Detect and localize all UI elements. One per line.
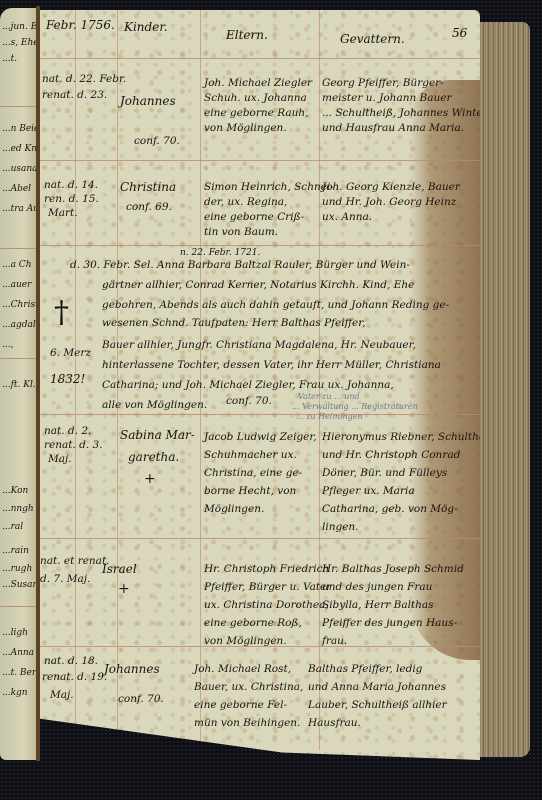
parents-line: Möglingen.: [204, 502, 264, 517]
left-margin-text: ...kgn: [2, 688, 28, 699]
entry-date: nat. d. 2.: [44, 424, 91, 439]
parents-line: der, ux. Regina,: [204, 195, 287, 210]
left-margin-text: ...,: [2, 340, 13, 351]
row-divider: [40, 646, 480, 647]
child-name: Johannes: [104, 662, 160, 677]
left-margin-text: ...Abel: [2, 184, 31, 195]
parents-line: von Möglingen.: [204, 121, 287, 136]
left-margin-text: ...rain: [2, 546, 29, 557]
header-date: Febr. 1756.: [46, 18, 115, 33]
entry-date: Maj.: [50, 688, 74, 703]
godparents-line: Pfleger ux. Maria: [322, 484, 415, 499]
death-record-line: hinterlassene Tochter, dessen Vater, ihr…: [102, 358, 441, 373]
entry-date: renat. d. 23.: [42, 88, 107, 103]
left-margin-text: ...n Beiel: [2, 124, 40, 135]
child-name: Christina: [120, 180, 176, 195]
parents-line: eine geborne Criß-: [204, 210, 304, 225]
page-edges: [480, 22, 530, 757]
death-record-line: Bauer allhier, Jungfr. Christiana Magdal…: [102, 338, 416, 353]
godparents-line: Lauber, Schultheiß allhier: [308, 698, 447, 713]
godparents-line: Hr. Balthas Joseph Schmid: [322, 562, 464, 577]
parents-line: Hr. Christoph Friedrich: [204, 562, 329, 577]
page-number: 56: [452, 26, 467, 41]
header-parents: Eltern.: [226, 28, 268, 43]
left-margin-text: ...Kon: [2, 486, 28, 497]
godparents-line: ux. Anna.: [322, 210, 372, 225]
godparents-line: Hausfrau.: [308, 716, 361, 731]
death-record-line: Catharina; und Joh. Michael Ziegler, Fra…: [102, 378, 394, 393]
parents-line: Joh. Michael Rost,: [194, 662, 291, 677]
entry-date: nat. et renat.: [40, 554, 110, 569]
parents-line: mün von Beihingen.: [194, 716, 300, 731]
godparents-line: Sibylla, Herr Balthas: [322, 598, 434, 613]
entry-date: renat. d. 3.: [44, 438, 103, 453]
godparents-line: und Hr. Christoph Conrad: [322, 448, 460, 463]
divider: [0, 248, 40, 249]
divider: [0, 606, 40, 607]
left-margin-text: ...Susan: [2, 580, 38, 591]
left-margin-text: ...a Ch: [2, 260, 32, 271]
left-margin-text: ...ft. Kl.: [2, 380, 36, 391]
child-name: Israel: [102, 562, 137, 577]
godparents-line: und Hr. Joh. Georg Heinz: [322, 195, 456, 210]
parents-line: Pfeiffer, Bürger u. Vater: [204, 580, 331, 595]
entry-date: nat. d. 22. Febr.: [42, 72, 126, 87]
death-record-line: alle von Möglingen.: [102, 398, 207, 413]
left-margin-text: ...tra Aue: [2, 204, 40, 215]
left-margin-text: ...ed Knecht: [2, 144, 40, 155]
death-date: 6. Merz: [50, 346, 91, 361]
parents-line: eine geborne Fel-: [194, 698, 287, 713]
parents-line: Simon Heinrich, Schnei-: [204, 180, 334, 195]
death-record-line: wesenen Schnd. Taufpaten: Herr Balthas P…: [102, 316, 365, 331]
entry-date: nat. d. 18.: [44, 654, 98, 669]
left-margin-text: ...Anna: [2, 648, 34, 659]
left-margin-text: ...s, Ehe: [2, 38, 39, 49]
godparents-line: meister u. Johann Bauer: [322, 91, 452, 106]
godparents-line: und Anna Maria Johannes: [308, 680, 446, 695]
godparents-line: Balthas Pfeiffer, ledig: [308, 662, 422, 677]
parents-line: Joh. Michael Ziegler: [204, 76, 312, 91]
child-name-cont: garetha.: [128, 450, 179, 465]
godparents-line: und Hausfrau Anna Maria.: [322, 121, 464, 136]
godparents-line: ... Schultheiß, Johannes Winter: [322, 106, 488, 121]
left-margin-text: ...t.: [2, 54, 17, 65]
left-margin-text: ...nngh: [2, 504, 34, 515]
left-margin-text: ...agdal.: [2, 320, 39, 331]
register-page: Febr. 1756. Kinder. Eltern. Gevattern. 5…: [40, 10, 480, 760]
godparents-line: Catharina, geb. von Mög-: [322, 502, 458, 517]
left-margin-text: ...ral: [2, 522, 23, 533]
entry-date: Mart.: [48, 206, 78, 221]
death-year: 1832!: [50, 372, 85, 387]
godparents-line: und des jungen Frau: [322, 580, 432, 595]
row-divider: [40, 160, 480, 161]
row-divider: [40, 538, 480, 539]
pencil-note: ... Verwaltung ... Registraturen: [292, 402, 418, 412]
godparents-line: Joh. Georg Kienzle, Bauer: [322, 180, 460, 195]
left-margin-text: ...Christof: [2, 300, 40, 311]
death-record-line: d. 30. Febr. Sel. Anna Barbara Baltzal R…: [70, 258, 410, 273]
left-margin-text: ...jun. Ege: [2, 22, 40, 33]
parents-line: eine geborne Rauh,: [204, 106, 308, 121]
left-margin-text: ...auer: [2, 280, 31, 291]
left-margin-text: ...usana: [2, 164, 38, 175]
parents-line: tin von Baum.: [204, 225, 278, 240]
parents-line: Christina, eine ge-: [204, 466, 302, 481]
parents-line: Jacob Ludwig Zeiger,: [204, 430, 317, 445]
conf-note: conf. 69.: [126, 200, 172, 215]
godparents-line: Hieronymus Riebner, Schultheiß,: [322, 430, 499, 445]
conf-note: conf. 70.: [118, 692, 164, 707]
left-margin-text: ...t. Berg: [2, 668, 40, 679]
divider: [0, 358, 40, 359]
parents-line: Bauer, ux. Christina,: [194, 680, 303, 695]
parents-line: eine geborne Roß,: [204, 616, 302, 631]
left-page-edge: ...jun. Ege ...s, Ehe ...t. ...n Beiel .…: [0, 8, 40, 760]
child-name: Sabina Mar-: [120, 428, 195, 443]
conf-note: conf. 70.: [226, 394, 272, 409]
entry-date: renat. d. 19.: [42, 670, 107, 685]
parents-line: ux. Christina Dorothea,: [204, 598, 329, 613]
deceased-cross-icon: +: [144, 472, 156, 486]
entry-date: Maj.: [48, 452, 72, 467]
entry-date: nat. d. 14.: [44, 178, 98, 193]
left-margin-text: ...ligh: [2, 628, 28, 639]
row-divider: [40, 414, 480, 415]
godparents-line: lingen.: [322, 520, 359, 535]
deceased-cross-icon: +: [118, 582, 130, 596]
child-name: Johannes: [120, 94, 176, 109]
header-child: Kinder.: [124, 20, 168, 35]
row-divider: [40, 58, 480, 59]
parents-line: Schuhmacher ux.: [204, 448, 297, 463]
conf-note: conf. 70.: [134, 134, 180, 149]
death-record-line: gebohren, Abends als auch dahin getauft,…: [102, 298, 449, 313]
entry-date: d. 7. Maj.: [40, 572, 90, 587]
pencil-note: Vater zu ... und: [298, 392, 360, 402]
godparents-line: Georg Pfeiffer, Bürger-: [322, 76, 444, 91]
left-margin-text: ...rugh: [2, 564, 32, 575]
godparents-line: Pfeiffer des jungen Haus-: [322, 616, 457, 631]
parents-line: borne Hecht, von: [204, 484, 296, 499]
death-cross-icon: †: [54, 298, 69, 328]
book-gutter: [36, 6, 40, 761]
divider: [0, 106, 40, 107]
godparents-line: Döner, Bür. und Fülleys: [322, 466, 447, 481]
death-record-line: gärtner allhier, Conrad Kerner, Notarius…: [102, 278, 414, 293]
entry-date: ren. d. 15.: [44, 192, 99, 207]
parents-line: Schuh. ux. Johanna: [204, 91, 307, 106]
header-godparents: Gevattern.: [340, 32, 405, 47]
